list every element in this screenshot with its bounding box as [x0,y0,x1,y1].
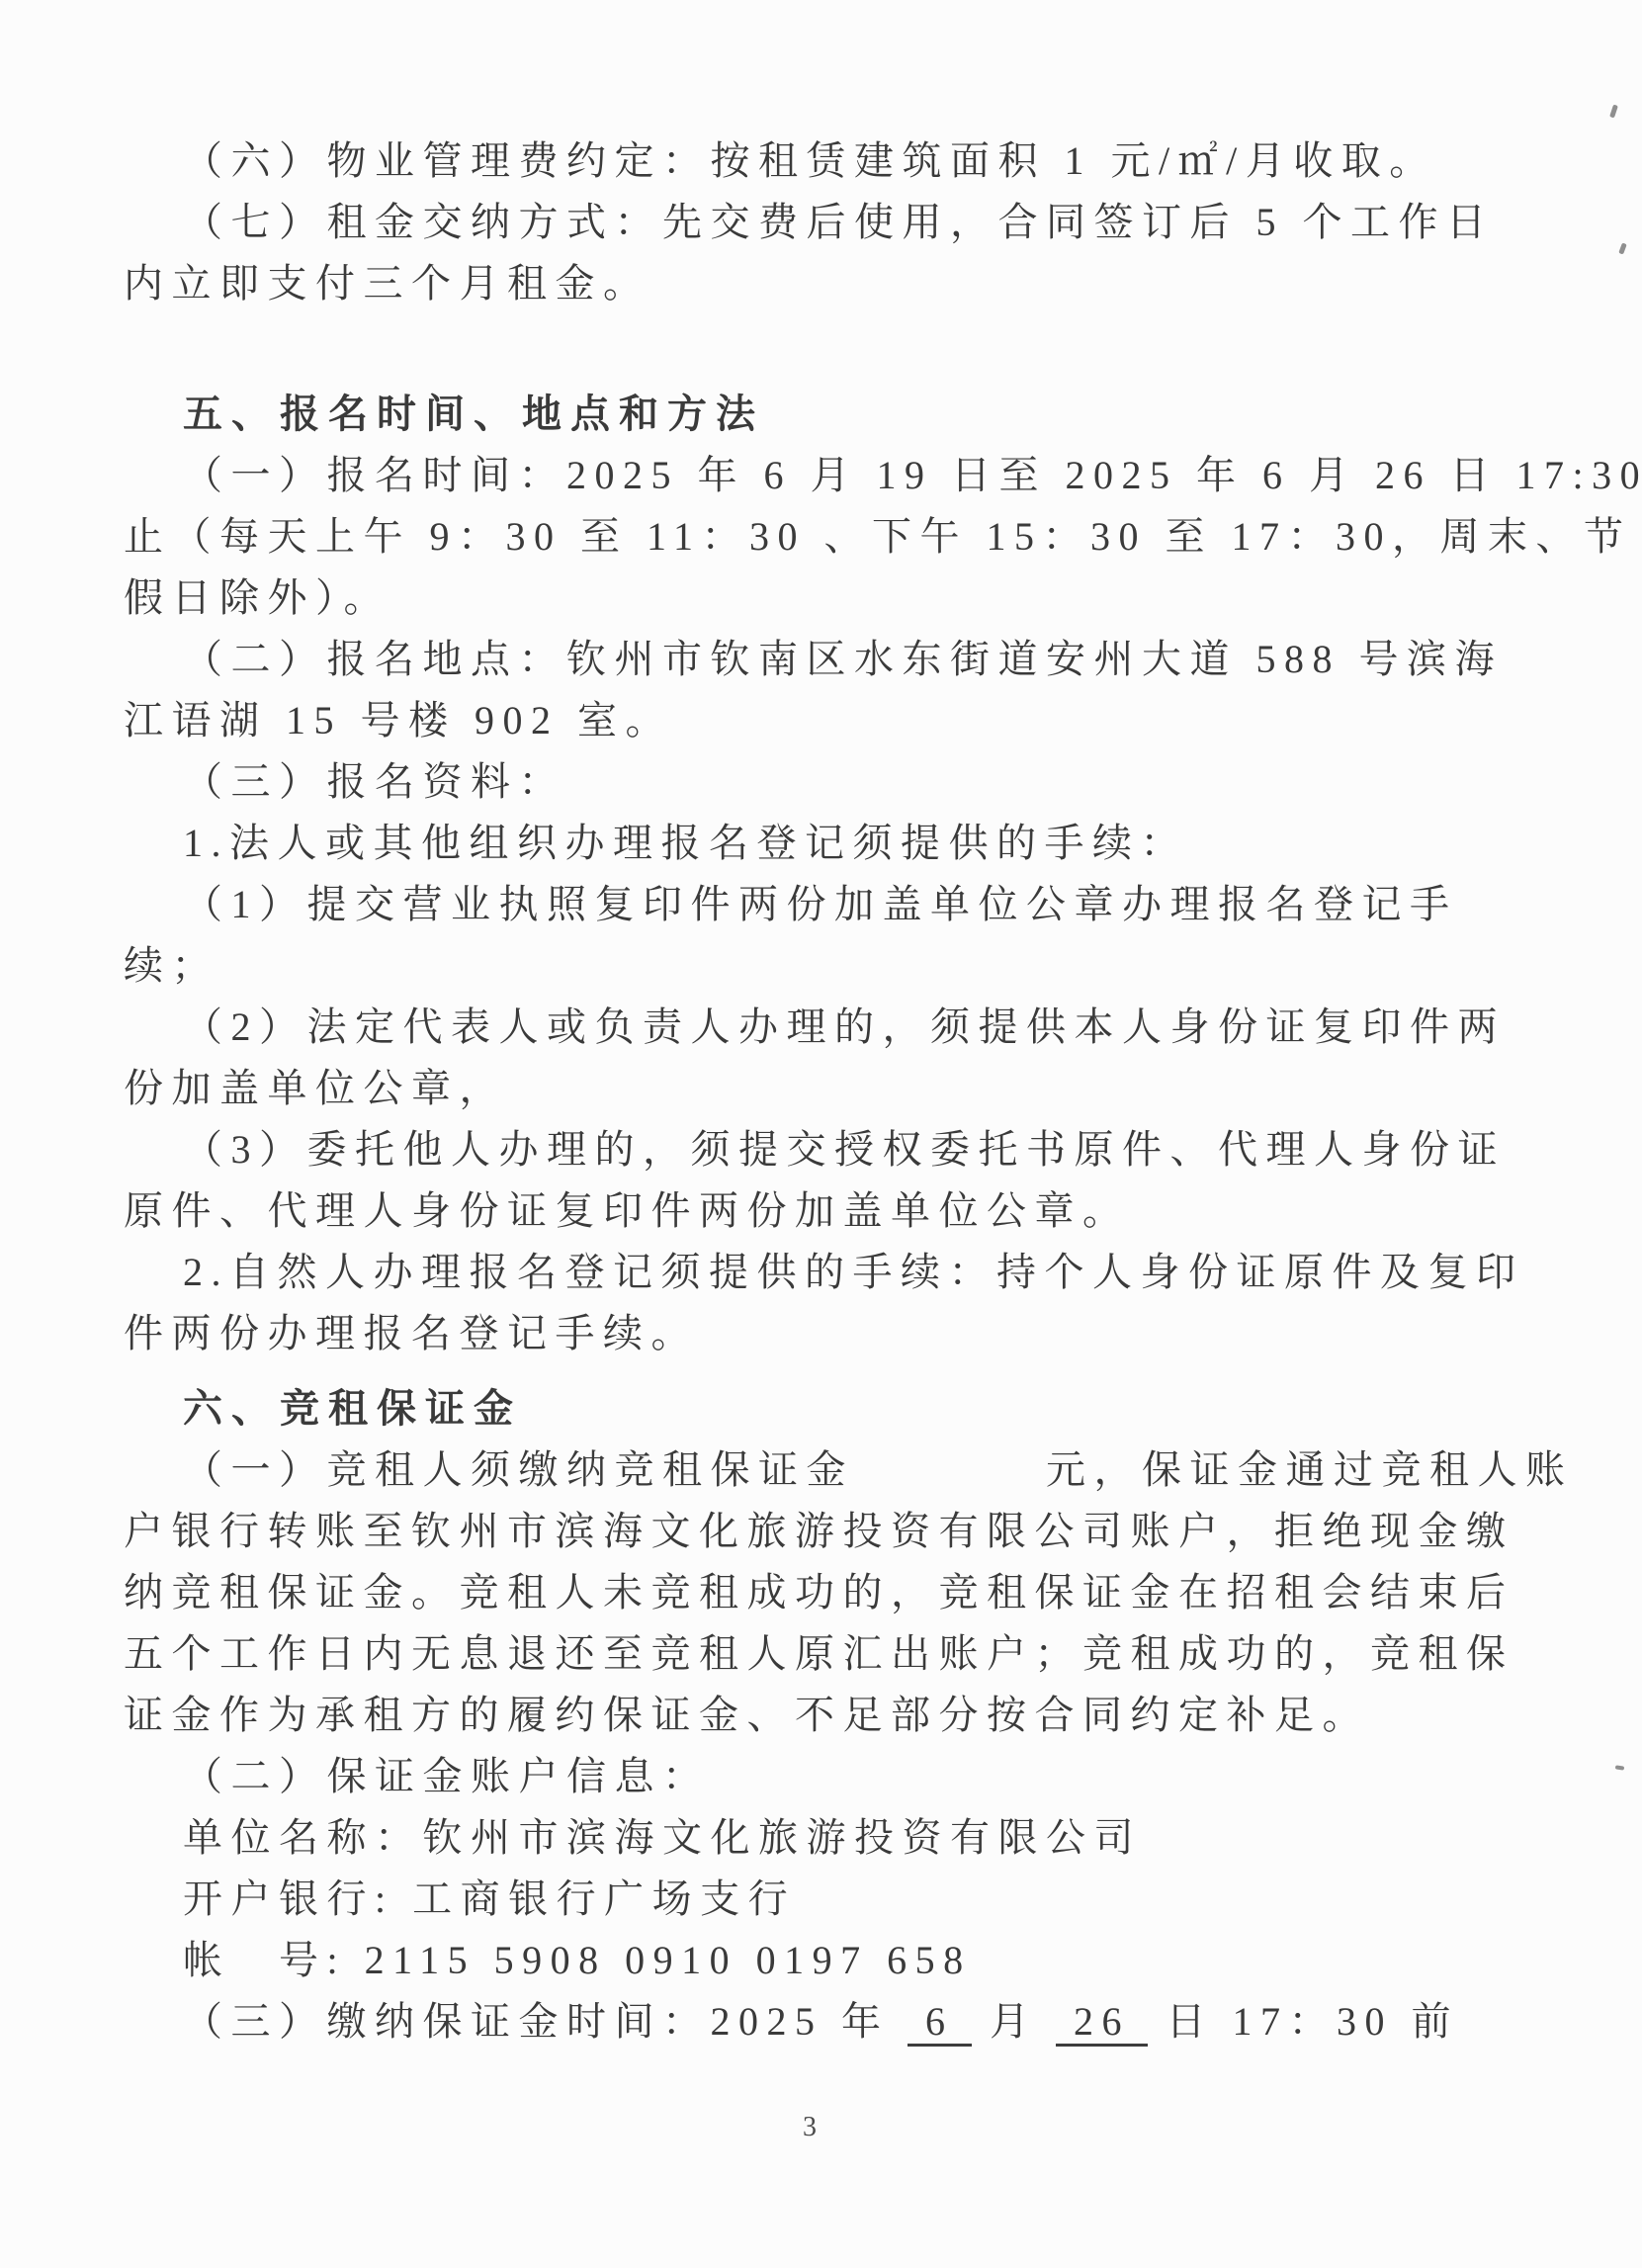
doc-line: 原件、代理人身份证复印件两份加盖单位公章。 [124,1180,1587,1242]
scan-artifact [1609,105,1618,119]
underlined-value: 6 [907,1999,972,2047]
doc-line: 江语湖 15 号楼 902 室。 [124,690,1587,751]
doc-line: 份加盖单位公章， [124,1058,1587,1119]
section-heading: 六、竞租保证金 [124,1378,1587,1439]
doc-line: 单位名称：钦州市滨海文化旅游投资有限公司 [124,1807,1587,1869]
doc-line: 件两份办理报名登记手续。 [124,1303,1587,1364]
doc-line: 内立即支付三个月租金。 [124,253,1587,314]
text-segment: 月 [972,1999,1057,2044]
doc-line: （三）缴纳保证金时间：2025 年 6 月 26 日 17：30 前 [124,1991,1587,2052]
doc-line: 假日除外）。 [124,567,1587,629]
text-segment: 日 17：30 前 [1148,1999,1459,2044]
doc-line: 五个工作日内无息退还至竞租人原汇出账户；竞租成功的，竞租保 [124,1623,1587,1685]
text-segment: （三）缴纳保证金时间：2025 年 [183,1999,907,2044]
doc-line: （2）法定代表人或负责人办理的，须提供本人身份证复印件两 [124,997,1587,1058]
doc-line: 证金作为承租方的履约保证金、不足部分按合同约定补足。 [124,1685,1587,1746]
doc-line: （一）报名时间：2025 年 6 月 19 日至 2025 年 6 月 26 日… [124,445,1587,506]
doc-line: 2.自然人办理报名登记须提供的手续：持个人身份证原件及复印 [124,1242,1587,1303]
scan-artifact [1618,242,1626,254]
document-page: （六）物业管理费约定：按租赁建筑面积 1 元/㎡/月收取。（七）租金交纳方式：先… [0,0,1642,2268]
doc-line: 纳竞租保证金。竞租人未竞租成功的，竞租保证金在招租会结束后 [124,1562,1587,1623]
doc-line: 帐 号: 2115 5908 0910 0197 658 [124,1930,1587,1991]
doc-line: （1）提交营业执照复印件两份加盖单位公章办理报名登记手 [124,874,1587,935]
doc-line: （二）保证金账户信息： [124,1746,1587,1807]
doc-line: （3）委托他人办理的，须提交授权委托书原件、代理人身份证 [124,1119,1587,1180]
doc-line: 户银行转账至钦州市滨海文化旅游投资有限公司账户，拒绝现金缴 [124,1501,1587,1562]
doc-line: 1.法人或其他组织办理报名登记须提供的手续： [124,813,1587,874]
scan-artifact [1615,1765,1624,1770]
underlined-value: 26 [1056,1999,1148,2047]
doc-line: （六）物业管理费约定：按租赁建筑面积 1 元/㎡/月收取。 [124,131,1587,192]
doc-line: （七）租金交纳方式：先交费后使用，合同签订后 5 个工作日 [124,192,1587,253]
document-body: （六）物业管理费约定：按租赁建筑面积 1 元/㎡/月收取。（七）租金交纳方式：先… [124,131,1587,2052]
doc-line: （一）竞租人须缴纳竞租保证金 元，保证金通过竞租人账 [124,1439,1587,1501]
doc-line: 续； [124,935,1587,997]
doc-line: （三）报名资料： [124,751,1587,813]
doc-line: （二）报名地点：钦州市钦南区水东街道安州大道 588 号滨海 [124,629,1587,690]
doc-line: 开户银行: 工商银行广场支行 [124,1869,1587,1930]
doc-line: 止（每天上午 9：30 至 11：30 、下午 15：30 至 17：30，周末… [124,506,1587,567]
section-heading: 五、报名时间、地点和方法 [124,384,1587,445]
page-number: 3 [803,2112,817,2143]
